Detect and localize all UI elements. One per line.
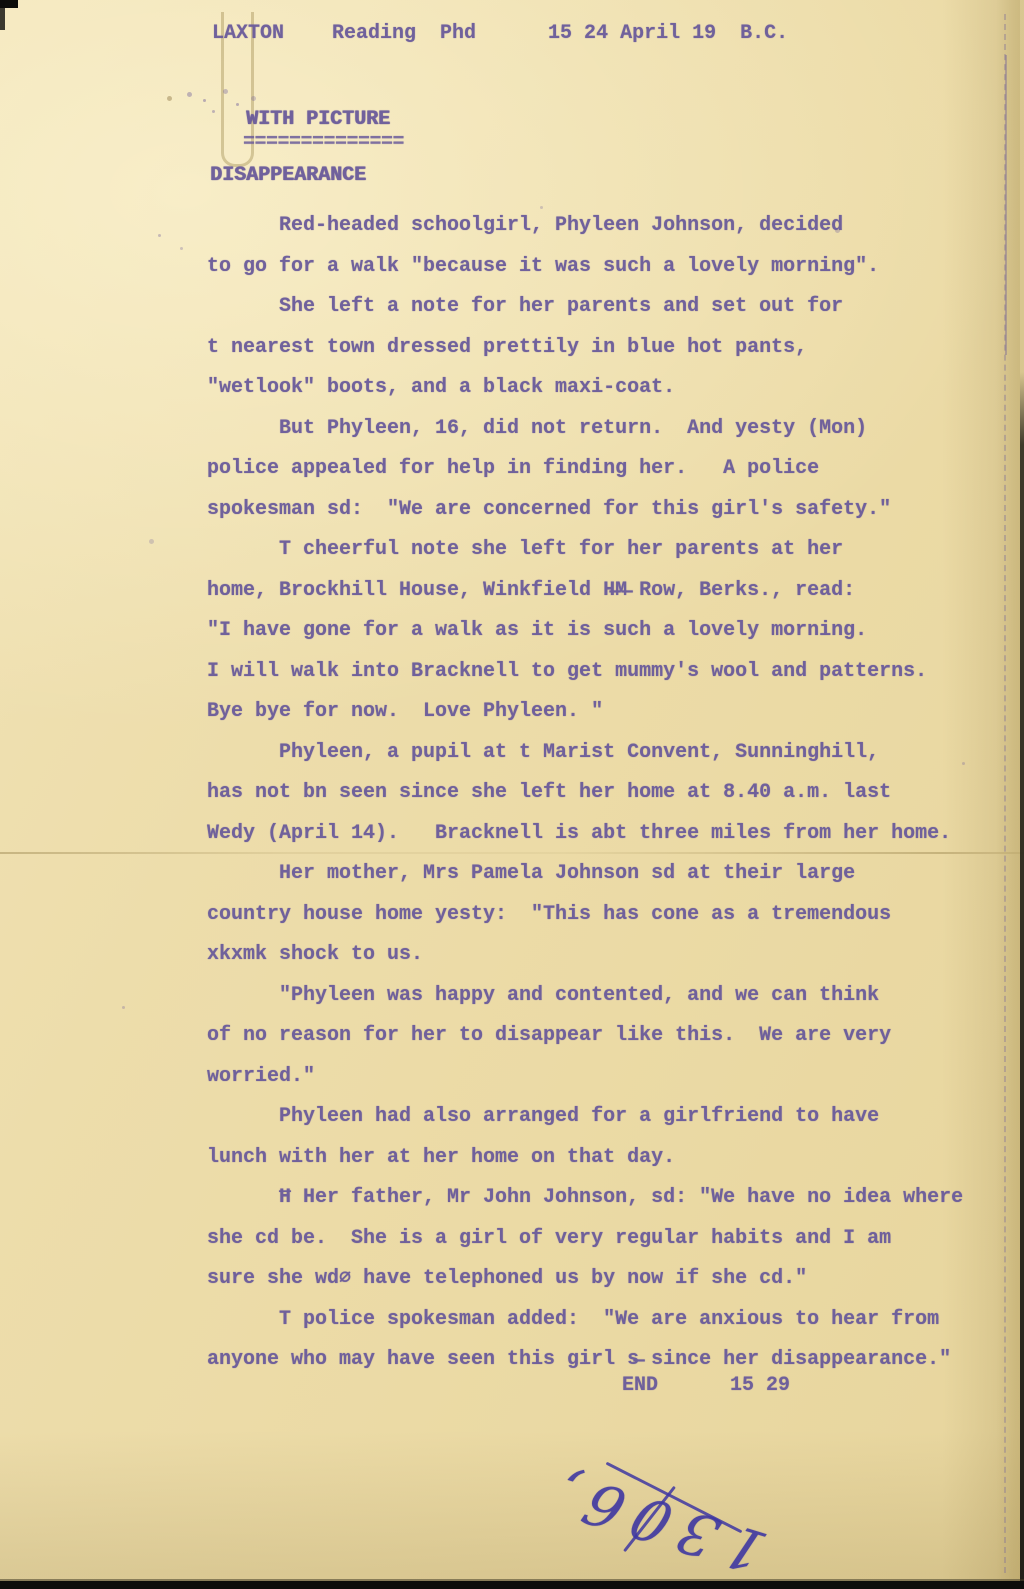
- typed-line: Phyleen, a pupil at t Marist Convent, Su…: [207, 733, 963, 774]
- typed-line: anyone who may have seen this girl s̶ si…: [207, 1340, 963, 1381]
- typed-line: But Phyleen, 16, did not return. And yes…: [207, 409, 963, 450]
- typed-line: Her mother, Mrs Pamela Johnson sd at the…: [207, 854, 963, 895]
- typed-line: police appealed for help in finding her.…: [207, 449, 963, 490]
- typed-line: sure she wd∅ have telephoned us by now i…: [207, 1259, 963, 1300]
- typed-line: to go for a walk "because it was such a …: [207, 247, 963, 288]
- typed-line: lunch with her at her home on that day.: [207, 1138, 963, 1179]
- typed-line: t nearest town dressed prettily in blue …: [207, 328, 963, 369]
- with-picture-underline: ==============: [243, 131, 404, 154]
- typed-line: has not bn seen since she left her home …: [207, 773, 963, 814]
- top-left-black-edge-side: [0, 0, 5, 30]
- bottom-black-edge: [0, 1581, 1024, 1589]
- typed-line: Red-headed schoolgirl, Phyleen Johnson, …: [207, 206, 963, 247]
- typed-line: worried.": [207, 1057, 963, 1098]
- typed-line: of no reason for her to disappear like t…: [207, 1016, 963, 1057]
- with-picture-label: WITH PICTURE: [246, 108, 390, 131]
- typed-line: she cd be. She is a girl of very regular…: [207, 1219, 963, 1260]
- typed-line: Phyleen had also arranged for a girlfrie…: [207, 1097, 963, 1138]
- end-marker: END 15 29: [622, 1374, 790, 1397]
- typed-line: T cheerful note she left for her parents…: [207, 530, 963, 571]
- typed-line: "Phyleen was happy and contented, and we…: [207, 976, 963, 1017]
- typed-line: She left a note for her parents and set …: [207, 287, 963, 328]
- typed-line: Ħ Her father, Mr John Johnson, sd: "We h…: [207, 1178, 963, 1219]
- headline: DISAPPEARANCE: [210, 164, 366, 187]
- right-page-edge-shading: [996, 0, 1020, 1589]
- telex-press-sheet: LAXTON Reading Phd 15 24 April 19 B.C. W…: [0, 0, 1024, 1589]
- typed-line: "I have gone for a walk as it is such a …: [207, 611, 963, 652]
- typed-line: home, Brockhill House, Winkfield H̶M̶ Ro…: [207, 571, 963, 612]
- typed-line: xkxmk shock to us.: [207, 935, 963, 976]
- typed-line: country house home yesty: "This has cone…: [207, 895, 963, 936]
- right-page-dark-edge: [1020, 372, 1024, 1589]
- typed-line: Wedy (April 14). Bracknell is abt three …: [207, 814, 963, 855]
- story-body: Red-headed schoolgirl, Phyleen Johnson, …: [207, 206, 963, 1381]
- typed-line: "wetlook" boots, and a black maxi-coat.: [207, 368, 963, 409]
- typed-line: T police spokesman added: "We are anxiou…: [207, 1300, 963, 1341]
- typed-line: I will walk into Bracknell to get mummy'…: [207, 652, 963, 693]
- slugline: LAXTON Reading Phd 15 24 April 19 B.C.: [212, 22, 788, 45]
- handwritten-archive-number: 1306,: [482, 1365, 809, 1586]
- typed-line: spokesman sd: "We are concerned for this…: [207, 490, 963, 531]
- typed-line: Bye bye for now. Love Phyleen. ": [207, 692, 963, 733]
